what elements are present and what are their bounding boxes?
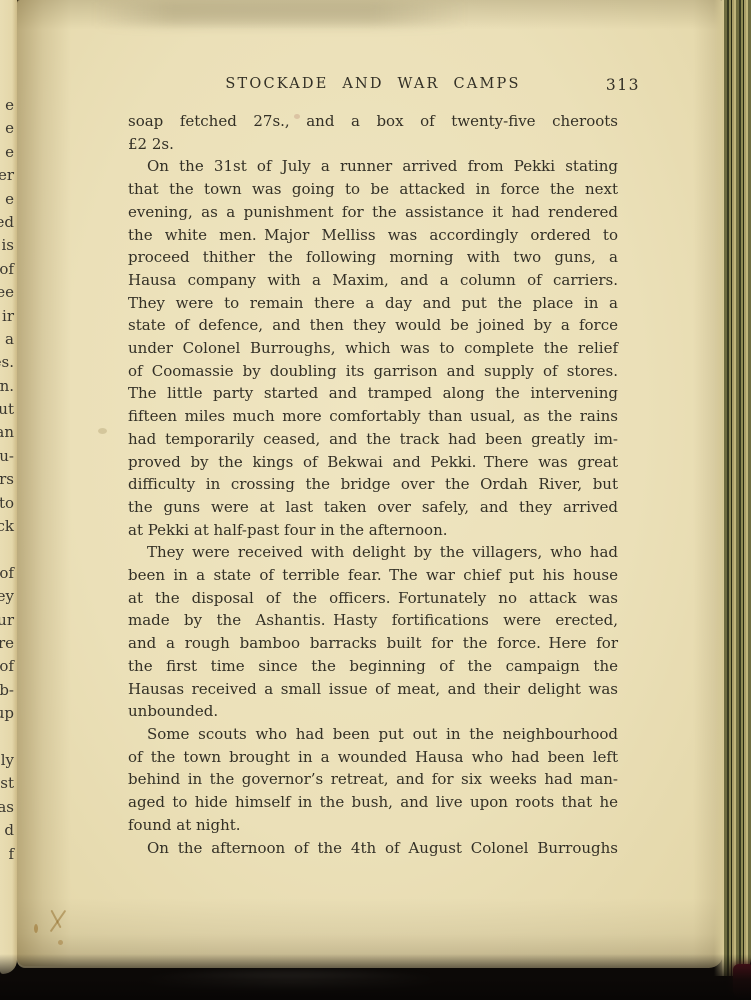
edge-text-fragment: u- — [0, 445, 15, 468]
text-line: Some scouts who had been put out in the … — [128, 723, 618, 746]
page-number: 313 — [606, 76, 640, 94]
text-line: been in a state of terrible fear. The wa… — [128, 564, 618, 587]
edge-text-fragment: d — [0, 819, 15, 842]
text-line: at Pekki at half-past four in the aftern… — [128, 519, 618, 542]
edge-text-fragment: ey — [0, 585, 15, 608]
text-line: that the town was going to be attacked i… — [128, 178, 618, 201]
text-line: difficulty in crossing the bridge over t… — [128, 473, 618, 496]
table-shadow — [0, 954, 751, 1000]
edge-text-fragment — [0, 538, 15, 561]
edge-text-fragment: re — [0, 632, 15, 655]
edge-text-fragment: an — [0, 421, 15, 444]
edge-text-fragment: er — [0, 164, 15, 187]
text-line: £2 2s. — [128, 133, 618, 156]
text-line: of the town brought in a wounded Hausa w… — [128, 746, 618, 769]
text-line: evening, as a punishment for the assista… — [128, 201, 618, 224]
edge-text-fragment: e — [0, 117, 15, 140]
text-line: They were received with delight by the v… — [128, 541, 618, 564]
text-line: under Colonel Burroughs, which was to co… — [128, 337, 618, 360]
text-line: proceed thither the following morning wi… — [128, 246, 618, 269]
edge-text-fragment: ly — [0, 749, 15, 772]
edge-text-fragment: a — [0, 328, 15, 351]
edge-text-fragment: of — [0, 655, 15, 678]
text-line: made by the Ashantis. Hasty fortificatio… — [128, 609, 618, 632]
text-line: On the 31st of July a runner arrived fro… — [128, 155, 618, 178]
edge-text-fragment: of — [0, 562, 15, 585]
text-line: Hausa company with a Maxim, and a column… — [128, 269, 618, 292]
text-line: aged to hide himself in the bush, and li… — [128, 791, 618, 814]
text-line: state of defence, and then they would be… — [128, 314, 618, 337]
page-stack-fore-edge — [722, 0, 751, 976]
edge-text-fragment: ck — [0, 515, 15, 538]
text-line: behind in the governor’s retreat, and fo… — [128, 768, 618, 791]
gutter-shadow — [17, 0, 71, 966]
text-line: had temporarily ceased, and the track ha… — [128, 428, 618, 451]
running-title: STOCKADE AND WAR CAMPS — [128, 76, 618, 92]
text-line: They were to remain there a day and put … — [128, 292, 618, 315]
text-line: unbounded. — [128, 700, 618, 723]
text-line: On the afternoon of the 4th of August Co… — [128, 837, 618, 860]
text-line: the white men. Major Melliss was accordi… — [128, 224, 618, 247]
text-line: proved by the kings of Bekwai and Pekki.… — [128, 451, 618, 474]
edge-text-fragment: f — [0, 843, 15, 866]
text-line: found at night. — [128, 814, 618, 837]
text-line: at the disposal of the officers. Fortuna… — [128, 587, 618, 610]
body-text: soap fetched 27s., and a box of twenty-f… — [128, 110, 618, 859]
edge-text-fragment: ed — [0, 211, 15, 234]
edge-text-fragment: ut — [0, 398, 15, 421]
edge-text-fragment — [0, 726, 15, 749]
edge-text-fragment: of — [0, 258, 15, 281]
edge-text-fragment: b- — [0, 679, 15, 702]
edge-text-fragment: rs — [0, 468, 15, 491]
edge-text-fragment: ir — [0, 305, 15, 328]
edge-text-fragment: st — [0, 772, 15, 795]
text-line: of Coomassie by doubling its garrison an… — [128, 360, 618, 383]
text-line: fifteen miles much more comfortably than… — [128, 405, 618, 428]
edge-text-fragment: up — [0, 702, 15, 725]
page-header: STOCKADE AND WAR CAMPS 313 — [128, 76, 640, 96]
edge-text-fragment: es. — [0, 351, 15, 374]
facing-page-edge: eeeereedisofeeiraes.n.utanu-rstockofeyur… — [0, 0, 17, 974]
text-line: soap fetched 27s., and a box of twenty-f… — [128, 110, 618, 133]
edge-text-fragment: ee — [0, 281, 15, 304]
text-line: the guns were at last taken over safely,… — [128, 496, 618, 519]
edge-text-fragment: n. — [0, 375, 15, 398]
edge-text-fragment: as — [0, 796, 15, 819]
edge-text-fragments: eeeereedisofeeiraes.n.utanu-rstockofeyur… — [0, 94, 15, 874]
book-photo: eeeereedisofeeiraes.n.utanu-rstockofeyur… — [0, 0, 751, 1000]
edge-text-fragment: is — [0, 234, 15, 257]
edge-text-fragment: e — [0, 141, 15, 164]
text-line: The little party started and tramped alo… — [128, 382, 618, 405]
text-line: Hausas received a small issue of meat, a… — [128, 678, 618, 701]
edge-text-fragment: e — [0, 188, 15, 211]
edge-text-fragment: ur — [0, 609, 15, 632]
text-line: and a rough bamboo barracks built for th… — [128, 632, 618, 655]
edge-text-fragment: to — [0, 492, 15, 515]
edge-text-fragment: e — [0, 94, 15, 117]
text-line: the first time since the beginning of th… — [128, 655, 618, 678]
scan-shadow — [95, 2, 465, 26]
